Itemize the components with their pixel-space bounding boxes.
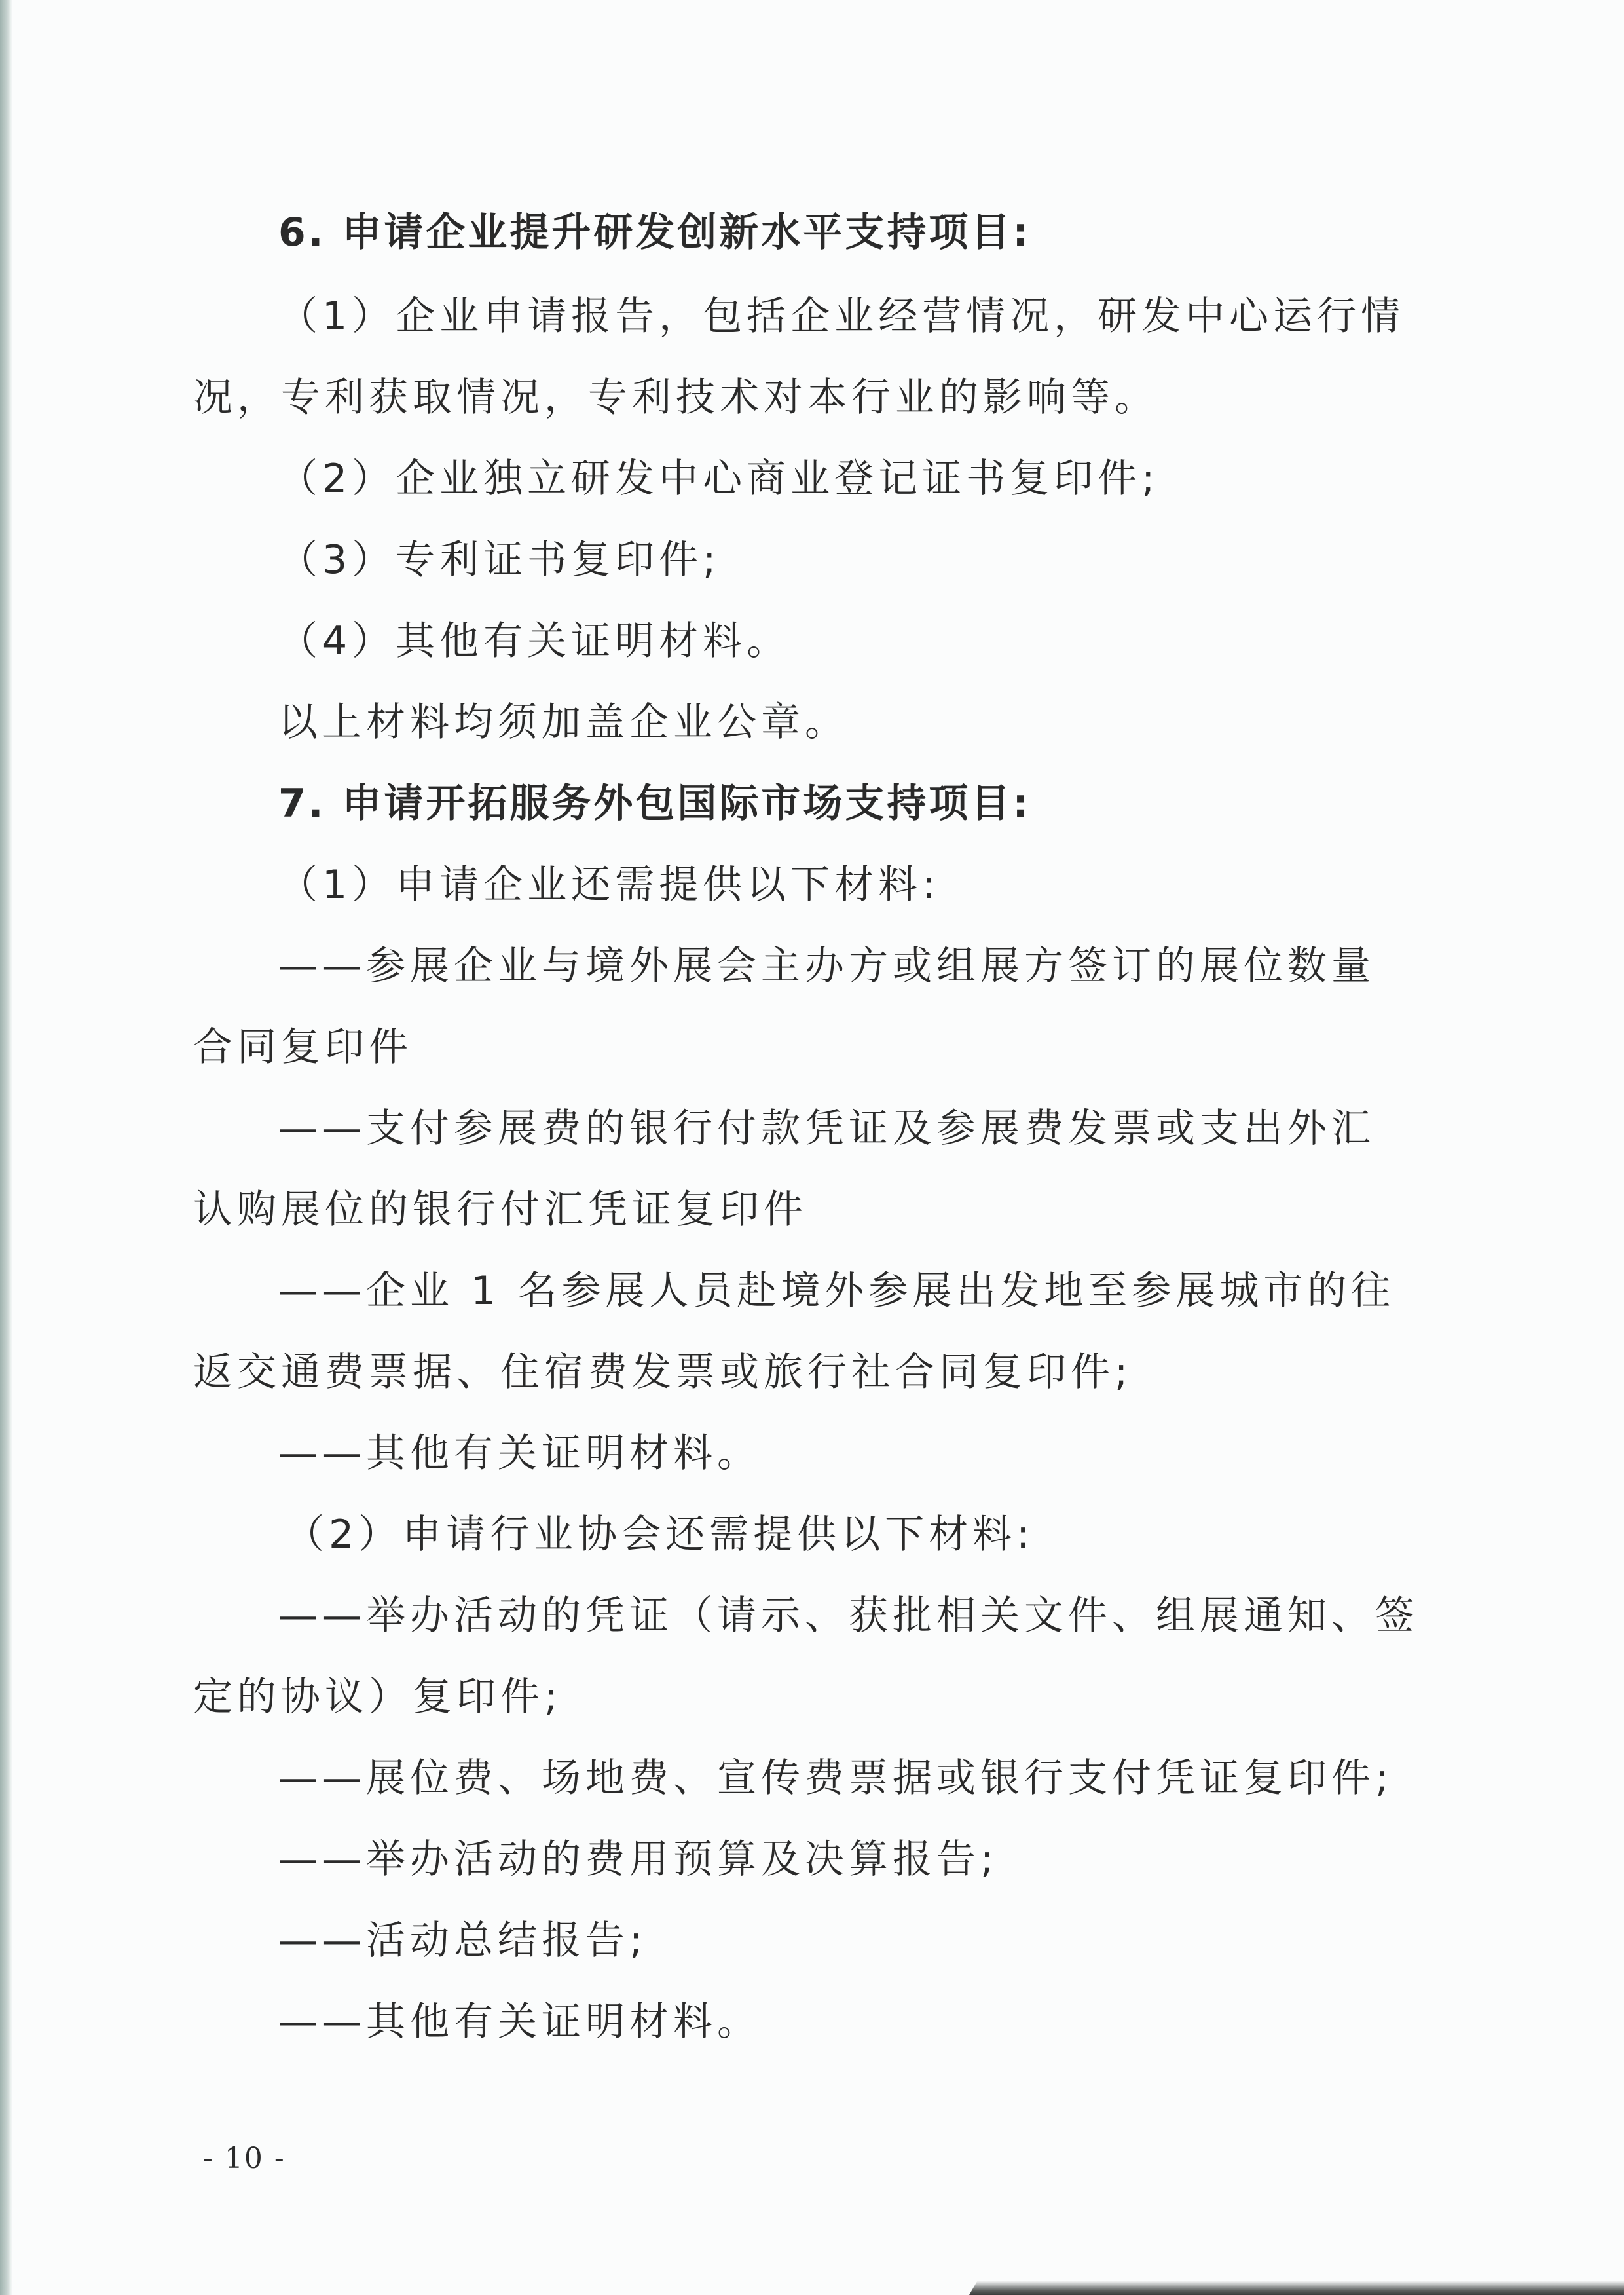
section-6-item-1-line-1: （1）企业申请报告，包括企业经营情况，研发中心运行情 [278, 293, 1405, 339]
section-6-item-2: （2）企业独立研发中心商业登记证书复印件; [278, 456, 1159, 502]
section-6-note: 以上材料均须加盖企业公章。 [278, 700, 849, 745]
section-7-heading: 7. 申请开拓服务外包国际市场支持项目: [278, 781, 1031, 827]
section-7-sub-1-bullet-4: ——其他有关证明材料。 [278, 1430, 761, 1476]
section-7-sub-2-title: （2）申请行业协会还需提供以下材料: [285, 1512, 1034, 1558]
section-7-sub-2-bullet-1-line-1: ——举办活动的凭证（请示、获批相关文件、组展通知、签 [278, 1593, 1419, 1639]
section-7-sub-2-bullet-3: ——举办活动的费用预算及决算报告; [278, 1837, 998, 1882]
section-7-sub-1-bullet-1-line-2: 合同复印件 [193, 1024, 413, 1070]
section-7-sub-2-bullet-2: ——展位费、场地费、宣传费票据或银行支付凭证复印件; [278, 1755, 1393, 1801]
section-6-heading: 6. 申请企业提升研发创新水平支持项目: [278, 210, 1031, 255]
section-6-item-4: （4）其他有关证明材料。 [278, 618, 790, 664]
section-7-sub-1-bullet-2-line-1: ——支付参展费的银行付款凭证及参展费发票或支出外汇 [278, 1106, 1375, 1151]
section-7-sub-2-bullet-1-line-2: 定的协议）复印件; [193, 1674, 562, 1720]
document-page: 6. 申请企业提升研发创新水平支持项目: （1）企业申请报告，包括企业经营情况，… [0, 0, 1624, 2295]
section-7-sub-1-bullet-2-line-2: 认购展位的银行付汇凭证复印件 [193, 1187, 807, 1233]
section-7-sub-2-bullet-4: ——活动总结报告; [278, 1918, 647, 1964]
section-7-sub-2-bullet-5: ——其他有关证明材料。 [278, 1999, 761, 2045]
section-6-item-1-line-2: 况，专利获取情况，专利技术对本行业的影响等。 [193, 375, 1158, 420]
section-7-sub-1-bullet-3-line-2: 返交通费票据、住宿费发票或旅行社合同复印件; [193, 1349, 1132, 1395]
section-7-sub-1-bullet-3-line-1: ——企业 1 名参展人员赴境外参展出发地至参展城市的往 [278, 1268, 1395, 1314]
section-7-sub-1-bullet-1-line-1: ——参展企业与境外展会主办方或组展方签订的展位数量 [278, 943, 1375, 989]
section-6-item-3: （3）专利证书复印件; [278, 537, 720, 583]
section-7-sub-1-title: （1）申请企业还需提供以下材料: [278, 862, 940, 908]
page-number: - 10 - [203, 2142, 286, 2175]
